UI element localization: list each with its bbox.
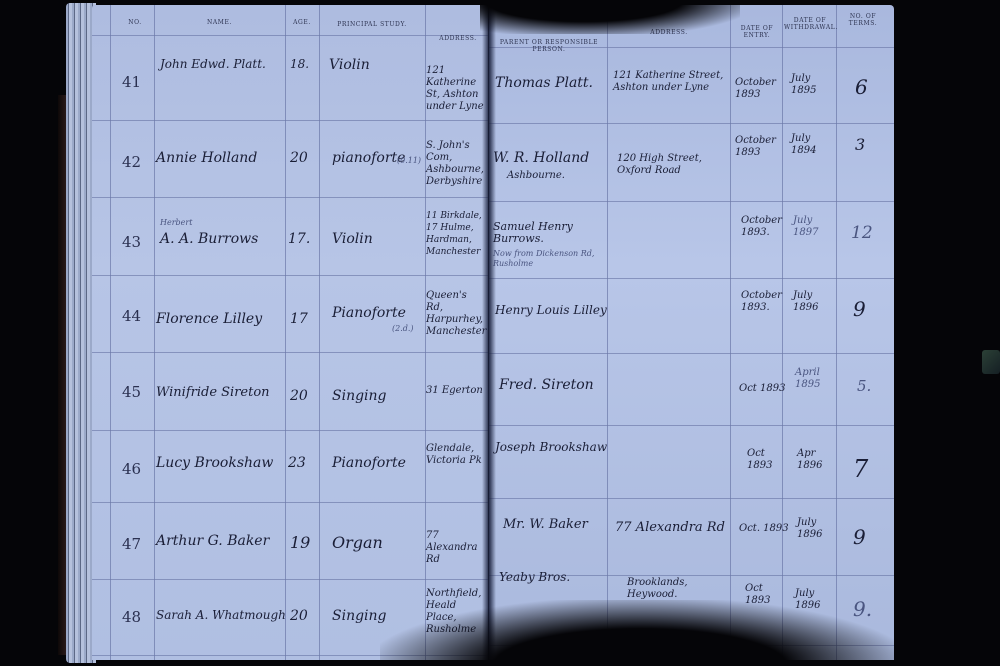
- row-44-withdrawal: July 1896: [793, 290, 833, 314]
- row-47-no: 47: [122, 535, 141, 553]
- row-44-entry: October 1893.: [741, 290, 781, 314]
- row-41-terms: 6: [855, 75, 868, 99]
- header-address: Address.: [428, 35, 488, 42]
- row-46-address: Glendale, Victoria Pk: [426, 443, 486, 467]
- row-48-study: Singing: [332, 608, 387, 624]
- row-42-study: pianoforte: [332, 150, 405, 166]
- row-43-name-note: Herbert: [160, 217, 192, 229]
- row-46-study: Pianoforte: [332, 455, 406, 471]
- header-no: No.: [120, 19, 150, 26]
- page-curl-shadow-bottom: [380, 600, 900, 666]
- row-42-name: Annie Holland: [156, 150, 257, 166]
- row-47-age: 19: [290, 533, 310, 552]
- header-date-withdrawal: Date of Withdrawal.: [784, 17, 836, 31]
- row-48-parent: Yeaby Bros.: [499, 570, 570, 584]
- row-46-age: 23: [288, 455, 306, 471]
- row-48-age: 20: [290, 608, 308, 624]
- row-42-parent-address: 120 High Street, Oxford Road: [617, 153, 729, 177]
- right-page: Parent or Responsible Person. Address. D…: [489, 5, 894, 660]
- row-47-parent-address: 77 Alexandra Rd: [615, 520, 725, 535]
- row-43-withdrawal: July 1897: [793, 215, 833, 239]
- row-43-entry: October 1893.: [741, 215, 781, 239]
- row-42-parent: W. R. Holland: [493, 150, 589, 166]
- row-43-parent: Samuel Henry Burrows.: [493, 221, 603, 245]
- row-48-no: 48: [122, 608, 141, 626]
- row-45-study: Singing: [332, 388, 387, 404]
- row-43-age: 17.: [288, 231, 310, 247]
- row-45-parent: Fred. Sireton: [499, 377, 594, 393]
- row-43-address: 11 Birkdale, 17 Hulme, Hardman, Manchest…: [426, 210, 486, 258]
- row-48-parent-address: Brooklands, Heywood.: [627, 577, 717, 601]
- row-44-age: 17: [290, 311, 308, 327]
- row-45-age: 20: [290, 388, 308, 404]
- open-register-book: No. Name. Age. Principal Study. Address.…: [0, 0, 1000, 666]
- left-page: No. Name. Age. Principal Study. Address.…: [92, 5, 488, 660]
- row-41-parent-address: 121 Katherine Street, Ashton under Lyne: [613, 70, 725, 94]
- row-46-no: 46: [122, 460, 141, 478]
- header-principal-study: Principal Study.: [322, 21, 422, 28]
- row-42-no: 42: [122, 153, 141, 171]
- row-43-study: Violin: [332, 231, 373, 247]
- row-43-no: 43: [122, 233, 141, 251]
- header-parent: Parent or Responsible Person.: [491, 39, 607, 53]
- row-45-terms: 5.: [857, 377, 871, 395]
- row-46-entry: Oct 1893: [747, 448, 781, 472]
- row-47-entry: Oct. 1893: [739, 523, 789, 535]
- row-48-name: Sarah A. Whatmough: [156, 608, 286, 622]
- row-45-withdrawal: April 1895: [795, 367, 835, 391]
- header-age: Age.: [285, 19, 319, 26]
- row-47-study: Organ: [332, 533, 383, 552]
- row-45-entry: Oct 1893: [739, 383, 785, 395]
- row-44-study: Pianoforte: [332, 305, 406, 321]
- row-44-study-note: (2.d.): [392, 323, 414, 335]
- row-43-parent-note: Now from Dickenson Rd, Rusholme: [493, 249, 603, 269]
- row-41-no: 41: [122, 73, 141, 91]
- row-47-parent: Mr. W. Baker: [503, 517, 588, 532]
- row-43-terms: 12: [851, 223, 873, 243]
- row-45-name: Winifride Sireton: [156, 385, 270, 400]
- row-44-no: 44: [122, 307, 141, 325]
- row-42-withdrawal: July 1894: [791, 133, 833, 157]
- background-object: [982, 350, 1000, 374]
- row-44-parent: Henry Louis Lilley: [495, 303, 607, 317]
- row-46-name: Lucy Brookshaw: [156, 455, 273, 471]
- header-name: Name.: [154, 19, 285, 26]
- header-terms: No. of Terms.: [838, 13, 888, 27]
- row-42-address: S. John's Com, Ashbourne, Derbyshire: [426, 140, 486, 188]
- row-44-name: Florence Lilley: [156, 311, 262, 327]
- row-41-age: 18.: [290, 57, 309, 71]
- row-44-terms: 9: [853, 297, 866, 321]
- row-42-parent-line2: Ashbourne.: [507, 170, 565, 182]
- row-46-withdrawal: Apr 1896: [797, 448, 833, 472]
- row-42-terms: 3: [855, 135, 865, 154]
- row-41-name: John Edwd. Platt.: [160, 57, 266, 71]
- row-47-address: 77 Alexandra Rd: [426, 530, 486, 566]
- row-41-withdrawal: July 1895: [791, 73, 833, 97]
- row-42-entry: October 1893: [735, 135, 781, 159]
- row-45-no: 45: [122, 383, 141, 401]
- row-41-study: Violin: [329, 57, 370, 73]
- right-page-grid: [489, 5, 894, 660]
- row-41-address: 121 Katherine St, Ashton under Lyne: [426, 65, 486, 113]
- page-curl-shadow-top: [480, 0, 740, 34]
- row-46-parent: Joseph Brookshaw: [495, 440, 607, 454]
- row-47-withdrawal: July 1896: [797, 517, 833, 541]
- row-41-parent: Thomas Platt.: [495, 75, 593, 91]
- row-42-age: 20: [290, 150, 308, 166]
- row-41-entry: October 1893: [735, 77, 781, 101]
- row-45-address: 31 Egerton: [426, 385, 486, 397]
- row-47-terms: 9: [853, 525, 866, 549]
- row-43-name: A. A. Burrows: [160, 231, 258, 247]
- row-44-address: Queen's Rd, Harpurhey, Manchester: [426, 290, 486, 338]
- row-42-study-note: (0.11): [397, 155, 421, 167]
- row-46-terms: 7: [853, 455, 868, 483]
- book-gutter: [482, 5, 496, 660]
- row-47-name: Arthur G. Baker: [156, 533, 269, 549]
